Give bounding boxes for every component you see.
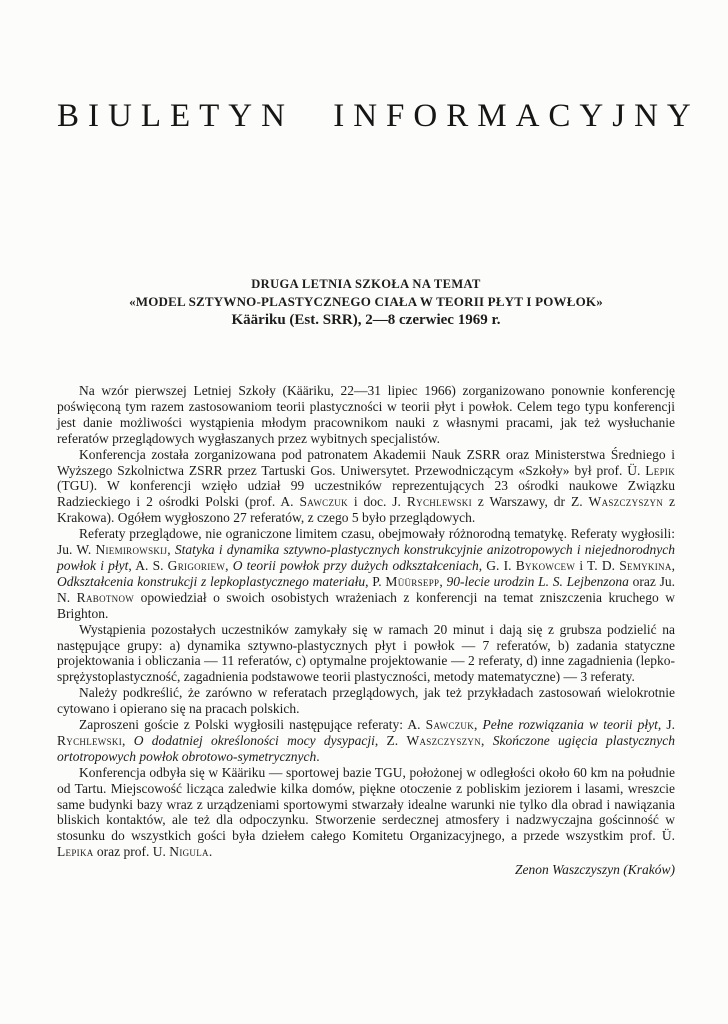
person-name: Rabotnow (77, 590, 134, 605)
text-run: , (167, 542, 175, 557)
work-title: O dodatniej określoności mocy dysypacji (134, 733, 375, 748)
text-run: . (316, 749, 319, 764)
text-run: Należy podkreślić, że zarówno w referata… (57, 685, 675, 716)
paragraph: Konferencja odbyła się w Kääriku — sport… (57, 765, 675, 860)
heading-line-1: DRUGA LETNIA SZKOŁA NA TEMAT (57, 275, 675, 293)
text-run: i doc. J. (348, 494, 407, 509)
person-name: Sawczuk (426, 717, 474, 732)
text-run: , A. S. (128, 558, 167, 573)
person-name: Niemirowskij (95, 542, 167, 557)
work-title: Pełne rozwiązania w teorii płyt (483, 717, 658, 732)
person-name: Semykina (619, 558, 671, 573)
work-title: O teorii powłok przy dużych odkształceni… (233, 558, 479, 573)
paragraph: Należy podkreślić, że zarówno w referata… (57, 685, 675, 717)
article-body: Na wzór pierwszej Letniej Szkoły (Käärik… (57, 383, 675, 860)
text-run: Konferencja odbyła się w Kääriku — sport… (57, 765, 675, 844)
person-name: Rychlewski (407, 494, 472, 509)
paragraph: Referaty przeglądowe, nie ograniczone li… (57, 526, 675, 621)
text-run: , Z. (375, 733, 407, 748)
text-run: . (209, 844, 212, 859)
text-run: Wystąpienia pozostałych uczestników zamy… (57, 622, 675, 685)
text-run: z Warszawy, dr Z. (472, 494, 589, 509)
person-name: Grigoriew (168, 558, 225, 573)
text-run: i T. D. (575, 558, 619, 573)
article-heading: DRUGA LETNIA SZKOŁA NA TEMAT «MODEL SZTY… (57, 275, 675, 329)
text-run: , (481, 733, 493, 748)
paragraph: Wystąpienia pozostałych uczestników zamy… (57, 622, 675, 686)
text-run: Konferencja została zorganizowana pod pa… (57, 447, 675, 478)
person-name: Rychlewski (57, 733, 122, 748)
work-title: 90-lecie urodzin L. S. Lejbenzona (446, 574, 628, 589)
work-title: Odkształcenia konstrukcji z lepkoplastyc… (57, 574, 365, 589)
text-run: , (225, 558, 233, 573)
person-name: Müürsepp (385, 574, 439, 589)
author-signature: Zenon Waszczyszyn (Kraków) (57, 862, 675, 878)
text-run: opowiedział o swoich osobistych wrażenia… (57, 590, 675, 621)
text-run: , (474, 717, 483, 732)
scanned-bulletin-page: BIULETYN INFORMACYJNY DRUGA LETNIA SZKOŁ… (0, 0, 728, 1024)
journal-masthead-title: BIULETYN INFORMACYJNY (57, 98, 675, 135)
person-name: Lepika (57, 844, 94, 859)
text-run: oraz prof. U. (94, 844, 170, 859)
text-run: , (122, 733, 134, 748)
text-run: , J. (658, 717, 675, 732)
text-run: , G. I. (479, 558, 516, 573)
person-name: Nigula (169, 844, 209, 859)
text-run: , P. (365, 574, 385, 589)
heading-line-3: Kääriku (Est. SRR), 2—8 czerwiec 1969 r. (57, 311, 675, 329)
person-name: Waszczyszyn (589, 494, 664, 509)
heading-line-2: «MODEL SZTYWNO-PLASTYCZNEGO CIAŁA W TEOR… (57, 293, 675, 311)
paragraph: Na wzór pierwszej Letniej Szkoły (Käärik… (57, 383, 675, 447)
person-name: Bykowcew (516, 558, 575, 573)
text-run: Zaproszeni goście z Polski wygłosili nas… (79, 717, 426, 732)
person-name: Lepik (645, 463, 675, 478)
person-name: Waszczyszyn (406, 733, 481, 748)
paragraph: Konferencja została zorganizowana pod pa… (57, 447, 675, 527)
text-run: Na wzór pierwszej Letniej Szkoły (Käärik… (57, 383, 675, 446)
person-name: Sawczuk (300, 494, 348, 509)
paragraph: Zaproszeni goście z Polski wygłosili nas… (57, 717, 675, 765)
text-run: , (672, 558, 675, 573)
